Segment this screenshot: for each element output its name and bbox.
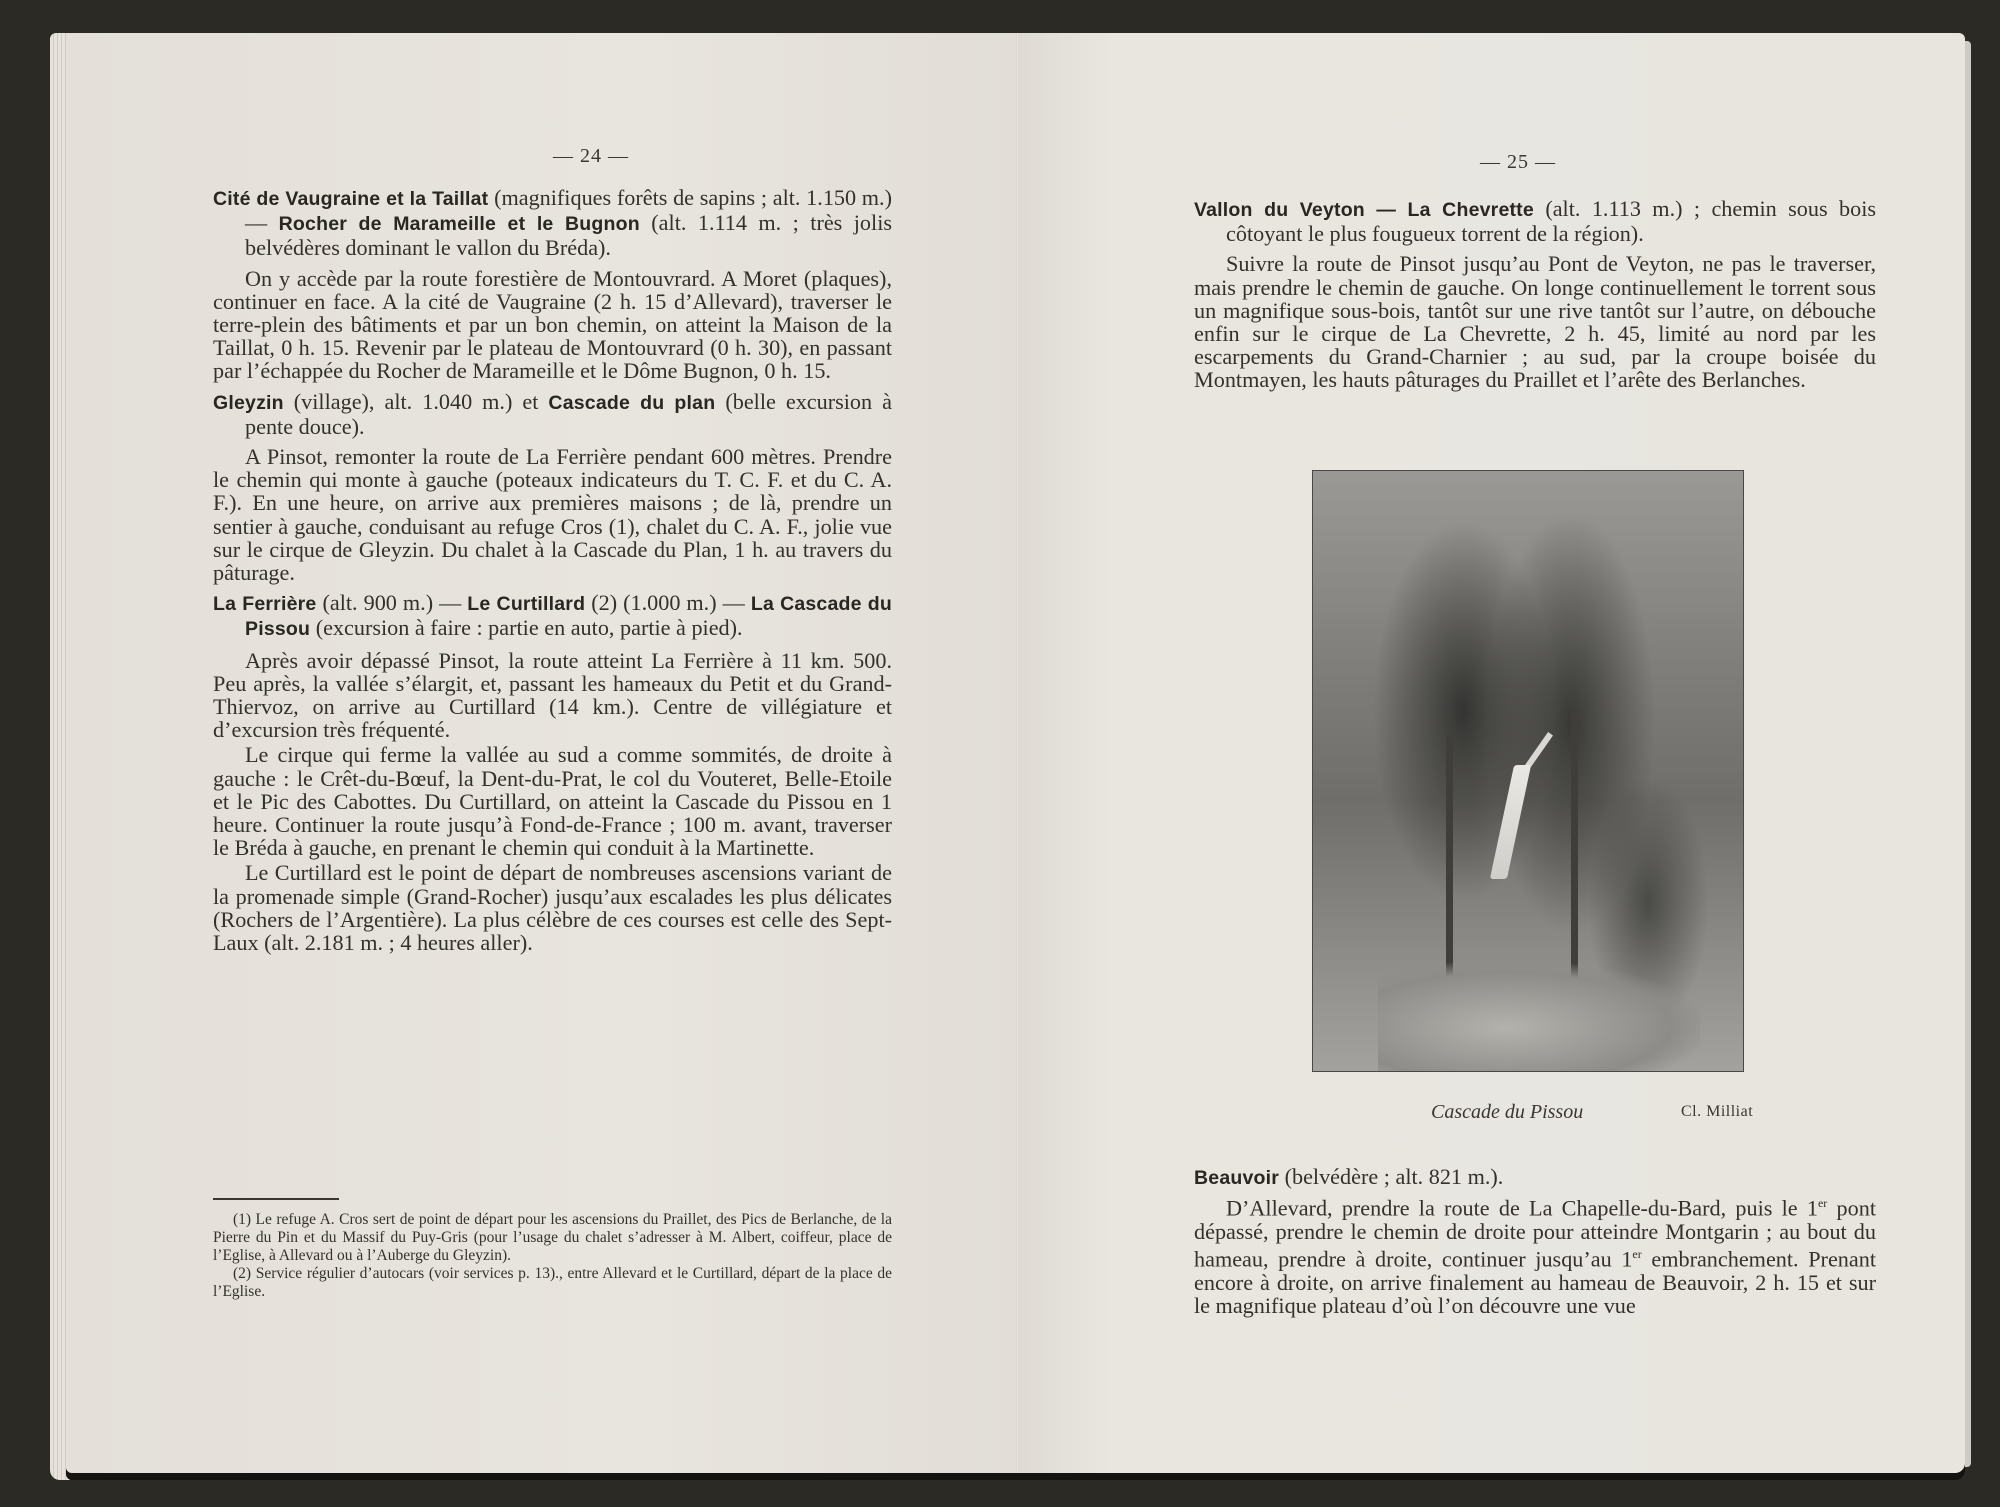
entry-title: Le Curtillard (467, 593, 585, 615)
paragraph: Le Curtillard est le point de départ de … (213, 861, 892, 954)
book-right-edge (1965, 41, 1971, 1467)
paragraph: D’Allevard, prendre la route de La Chape… (1194, 1192, 1876, 1317)
photo-credit: Cl. Milliat (1681, 1103, 1753, 1121)
right-page: — 25 — Vallon du Veyton — La Chevrette (… (1018, 33, 1965, 1473)
entry-vallon-du-veyton: Vallon du Veyton — La Chevrette (alt. 1.… (1194, 197, 1876, 245)
figure-caption: Cascade du Pissou Cl. Milliat (1431, 1101, 1583, 1124)
entry-title: Beauvoir (1194, 1167, 1279, 1189)
page-number-right: — 25 — (1480, 151, 1556, 174)
paragraph: Après avoir dépassé Pinsot, la route att… (213, 649, 892, 742)
book-spread: — 24 — Cité de Vaugraine et la Taillat (… (50, 33, 1965, 1480)
footnote-2: (2) Service régulier d’autocars (voir se… (213, 1265, 892, 1301)
footnote-1: (1) Le refuge A. Cros sert de point de d… (213, 1211, 892, 1265)
paragraph: Le cirque qui ferme la vallée au sud a c… (213, 743, 892, 859)
page-number-left: — 24 — (553, 145, 629, 168)
entry-title: Rocher de Marameille et le Bugnon (279, 213, 640, 235)
superscript: er (1632, 1247, 1641, 1261)
entry-title: Cité de Vaugraine et la Taillat (213, 188, 488, 210)
entry-title: Vallon du Veyton — La Chevrette (1194, 199, 1534, 221)
right-text-column-top: Vallon du Veyton — La Chevrette (alt. 1.… (1194, 197, 1876, 399)
entry-detail: (excursion à faire : partie en auto, par… (310, 615, 742, 640)
entry-vaugraine: Cité de Vaugraine et la Taillat (magnifi… (213, 186, 892, 260)
superscript: er (1818, 1196, 1827, 1210)
paragraph: On y accède par la route forestière de M… (213, 267, 892, 383)
waterfall (1490, 765, 1531, 879)
footnote-rule (213, 1198, 339, 1200)
rocks-foreground (1378, 963, 1701, 1071)
entry-gleyzin: Gleyzin (village), alt. 1.040 m.) et Cas… (213, 390, 892, 438)
entry-title: Cascade du plan (548, 392, 715, 414)
entry-detail: (2) (1.000 m.) — (585, 590, 751, 615)
text-run: D’Allevard, prendre la route de La Chape… (1226, 1196, 1818, 1221)
right-text-column-bottom: Beauvoir (belvédère ; alt. 821 m.). D’Al… (1194, 1165, 1876, 1324)
entry-la-ferriere: La Ferrière (alt. 900 m.) — Le Curtillar… (213, 591, 892, 641)
entry-detail: (village), alt. 1.040 m.) et (284, 389, 549, 414)
paragraph: A Pinsot, remonter la route de La Ferriè… (213, 445, 892, 584)
paragraph: Suivre la route de Pinsot jusqu’au Pont … (1194, 252, 1876, 391)
left-page: — 24 — Cité de Vaugraine et la Taillat (… (66, 33, 1018, 1473)
entry-beauvoir: Beauvoir (belvédère ; alt. 821 m.). (1194, 1165, 1876, 1190)
caption-title: Cascade du Pissou (1431, 1101, 1583, 1123)
photo-cascade-du-pissou (1312, 470, 1744, 1072)
left-text-column: Cité de Vaugraine et la Taillat (magnifi… (213, 186, 892, 961)
entry-title: Gleyzin (213, 392, 284, 414)
footnotes: (1) Le refuge A. Cros sert de point de d… (213, 1211, 892, 1301)
entry-title: La Ferrière (213, 593, 316, 615)
entry-detail: (belvédère ; alt. 821 m.). (1279, 1164, 1503, 1189)
entry-detail: (alt. 900 m.) — (316, 590, 467, 615)
